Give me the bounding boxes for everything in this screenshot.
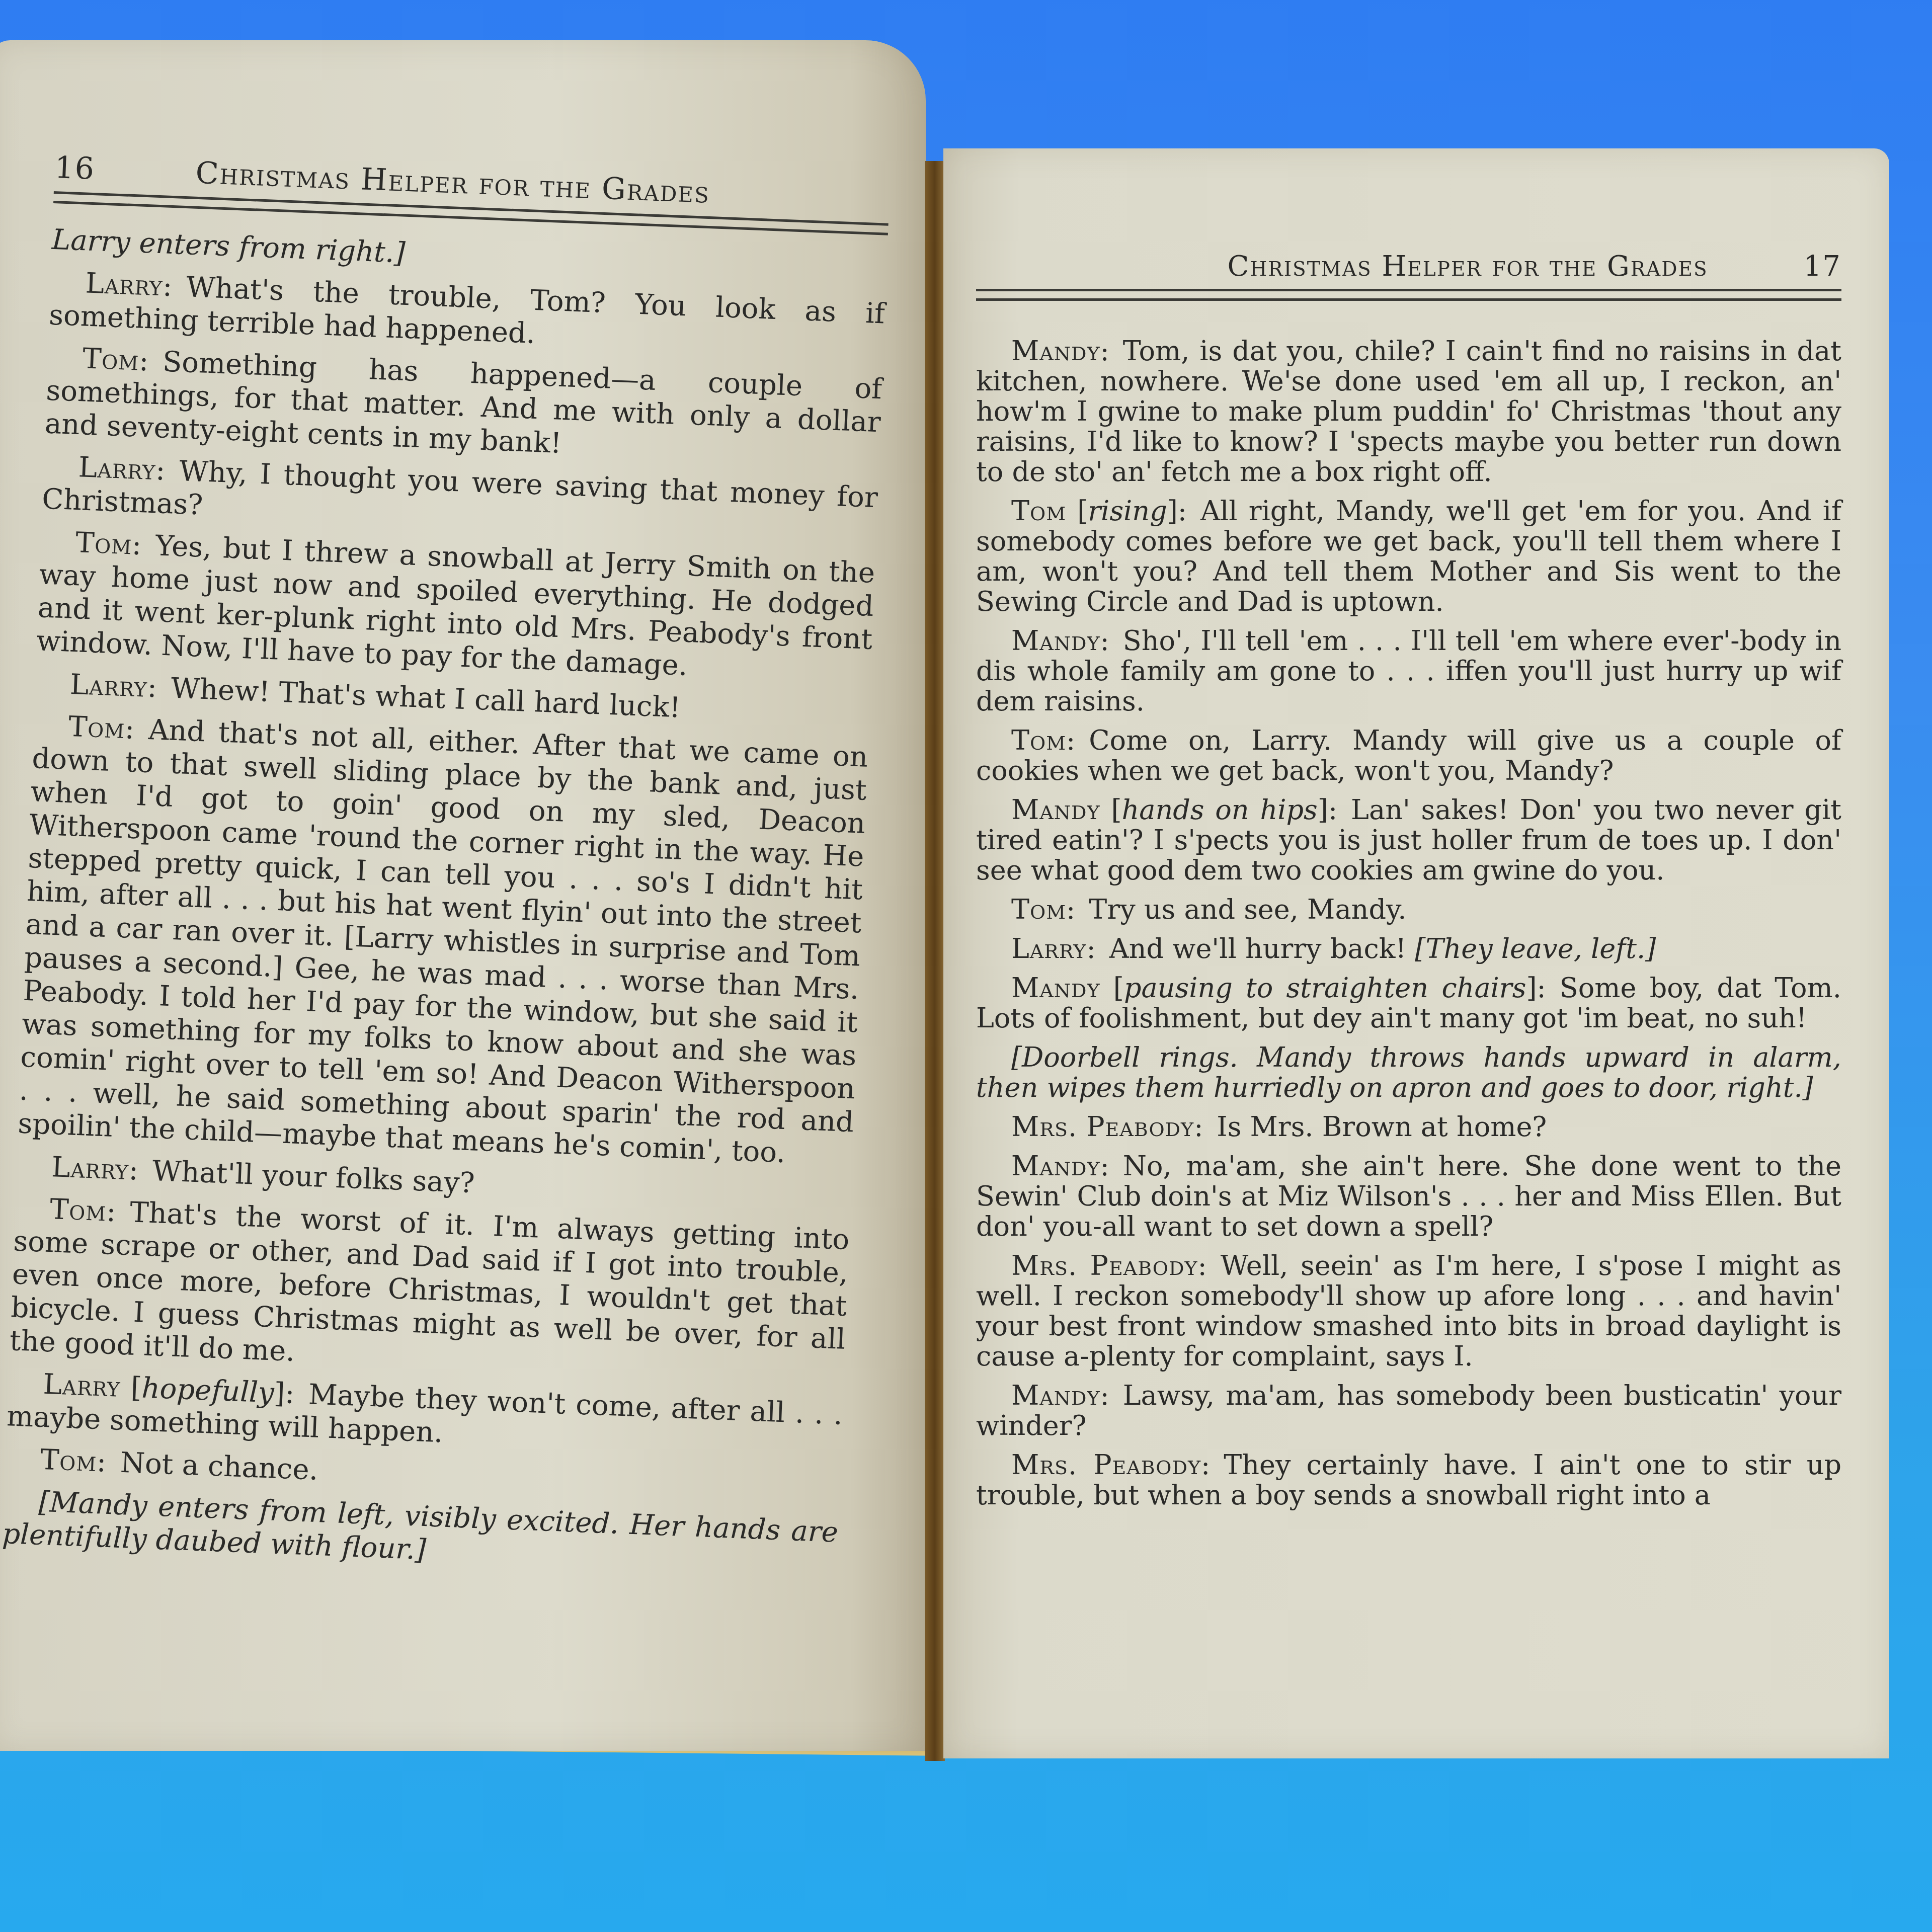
dialogue-line: Tom: Try us and see, Mandy. (976, 895, 1841, 925)
dialogue-text: Tom, is dat you, chile? I cain't find no… (976, 335, 1841, 488)
dialogue-line: Larry: And we'll hurry back! [They leave… (976, 934, 1841, 964)
acting-direction: hands on hips (1121, 794, 1317, 826)
dialogue-text: What'll your folks say? (152, 1155, 475, 1200)
dialogue-text: And that's not all, either. After that w… (17, 713, 868, 1169)
dialogue-line: Mrs. Peabody: Is Mrs. Brown at home? (976, 1112, 1841, 1142)
speaker-name: Mandy (1011, 794, 1100, 826)
acting-direction: hopefully (141, 1372, 274, 1409)
dialogue-text: That's the worst of it. I'm always getti… (9, 1196, 850, 1368)
page-number: 16 (54, 151, 96, 186)
running-title: Christmas Helper for the Grades (1227, 252, 1708, 282)
dialogue-text: Yes, but I threw a snowball at Jerry Smi… (36, 529, 875, 682)
speaker-name: Larry (43, 1368, 121, 1404)
speaker-name: Tom (1011, 495, 1066, 527)
dialogue-text: Maybe they won't come, after all . . . m… (6, 1378, 843, 1449)
speaker-name: Larry (69, 668, 148, 704)
speaker-name: Tom (40, 1443, 98, 1478)
dialogue-line: Tom: Something has happened—a couple of … (44, 341, 882, 473)
speaker-name: Tom (1011, 894, 1066, 925)
right-page-body: Mandy: Tom, is dat you, chile? I cain't … (976, 336, 1841, 1510)
left-page-body: Larry enters from right.]Larry: What's t… (2, 223, 887, 1583)
speaker-name: Tom (82, 342, 140, 377)
dialogue-text: Lawsy, ma'am, has somebody been busticat… (976, 1380, 1841, 1441)
dialogue-line: Tom: Come on, Larry. Mandy will give us … (976, 726, 1841, 786)
book-spine (925, 161, 945, 1761)
dialogue-line: Mandy [hands on hips]: Lan' sakes! Don' … (976, 795, 1841, 886)
speaker-name: Mandy (1011, 1150, 1100, 1182)
dialogue-line: Mandy: No, ma'am, she ain't here. She do… (976, 1151, 1841, 1242)
speaker-name: Mrs. Peabody (1011, 1449, 1201, 1481)
speaker-name: Mandy (1011, 1380, 1100, 1411)
acting-direction: rising (1088, 495, 1167, 527)
speaker-name: Tom (49, 1193, 107, 1228)
left-page-content: 16 Christmas Helper for the Grades Larry… (1, 151, 890, 1592)
stage-direction: [Doorbell rings. Mandy throws hands upwa… (976, 1042, 1841, 1103)
page-number: 17 (1804, 252, 1841, 282)
dialogue-line: Mandy [pausing to straighten chairs]: So… (976, 973, 1841, 1033)
dialogue-text: Something has happened—a couple of somet… (44, 346, 882, 460)
dialogue-line: Mandy: Lawsy, ma'am, has somebody been b… (976, 1381, 1841, 1441)
dialogue-text: Not a chance. (120, 1446, 319, 1487)
open-book: 16 Christmas Helper for the Grades Larry… (0, 0, 1932, 1932)
dialogue-text: Come on, Larry. Mandy will give us a cou… (976, 725, 1841, 786)
speaker-name: Tom (75, 526, 133, 561)
speaker-name: Mrs. Peabody (1011, 1111, 1194, 1143)
dialogue-line: Tom: And that's not all, either. After t… (17, 709, 868, 1172)
dialogue-text: Whew! That's what I call hard luck! (170, 672, 681, 725)
dialogue-line: Mandy: Sho', I'll tell 'em . . . I'll te… (976, 626, 1841, 716)
dialogue-text: And we'll hurry back! (1109, 933, 1407, 964)
speaker-name: Larry (51, 1151, 129, 1186)
dialogue-line: Mandy: Tom, is dat you, chile? I cain't … (976, 336, 1841, 487)
speaker-name: Mrs. Peabody (1011, 1250, 1197, 1281)
stage-direction-inline: [They leave, left.] (1415, 933, 1656, 964)
dialogue-line: Tom [rising]: All right, Mandy, we'll ge… (976, 496, 1841, 617)
stage-direction-text: Larry enters from right.] (51, 223, 406, 270)
stage-direction-text: [Doorbell rings. Mandy throws hands upwa… (976, 1041, 1841, 1103)
dialogue-line: Tom: That's the worst of it. I'm always … (9, 1191, 850, 1389)
speaker-name: Mandy (1011, 625, 1100, 657)
acting-direction: pausing to straighten chairs (1124, 972, 1526, 1004)
dialogue-line: Mrs. Peabody: They certainly have. I ain… (976, 1450, 1841, 1510)
dialogue-line: Mrs. Peabody: Well, seein' as I'm here, … (976, 1251, 1841, 1372)
dialogue-line: Tom: Yes, but I threw a snowball at Jerr… (36, 525, 875, 690)
speaker-name: Larry (85, 267, 164, 303)
dialogue-text: Is Mrs. Brown at home? (1217, 1111, 1547, 1143)
right-page-content: Christmas Helper for the Grades 17 Mandy… (976, 252, 1841, 1519)
speaker-name: Larry (1011, 933, 1086, 964)
speaker-name: Tom (1011, 725, 1066, 756)
dialogue-text: Try us and see, Mandy. (1089, 894, 1406, 925)
speaker-name: Tom (68, 710, 126, 745)
dialogue-text: Sho', I'll tell 'em . . . I'll tell 'em … (976, 625, 1841, 717)
dialogue-text: No, ma'am, she ain't here. She done went… (976, 1150, 1841, 1242)
speaker-name: Larry (78, 451, 156, 487)
speaker-name: Mandy (1011, 335, 1100, 367)
speaker-name: Mandy (1011, 972, 1100, 1004)
header-double-rule (976, 289, 1841, 301)
right-running-head: Christmas Helper for the Grades 17 (976, 252, 1841, 282)
dialogue-text: Lan' sakes! Don' you two never git tired… (976, 794, 1841, 886)
